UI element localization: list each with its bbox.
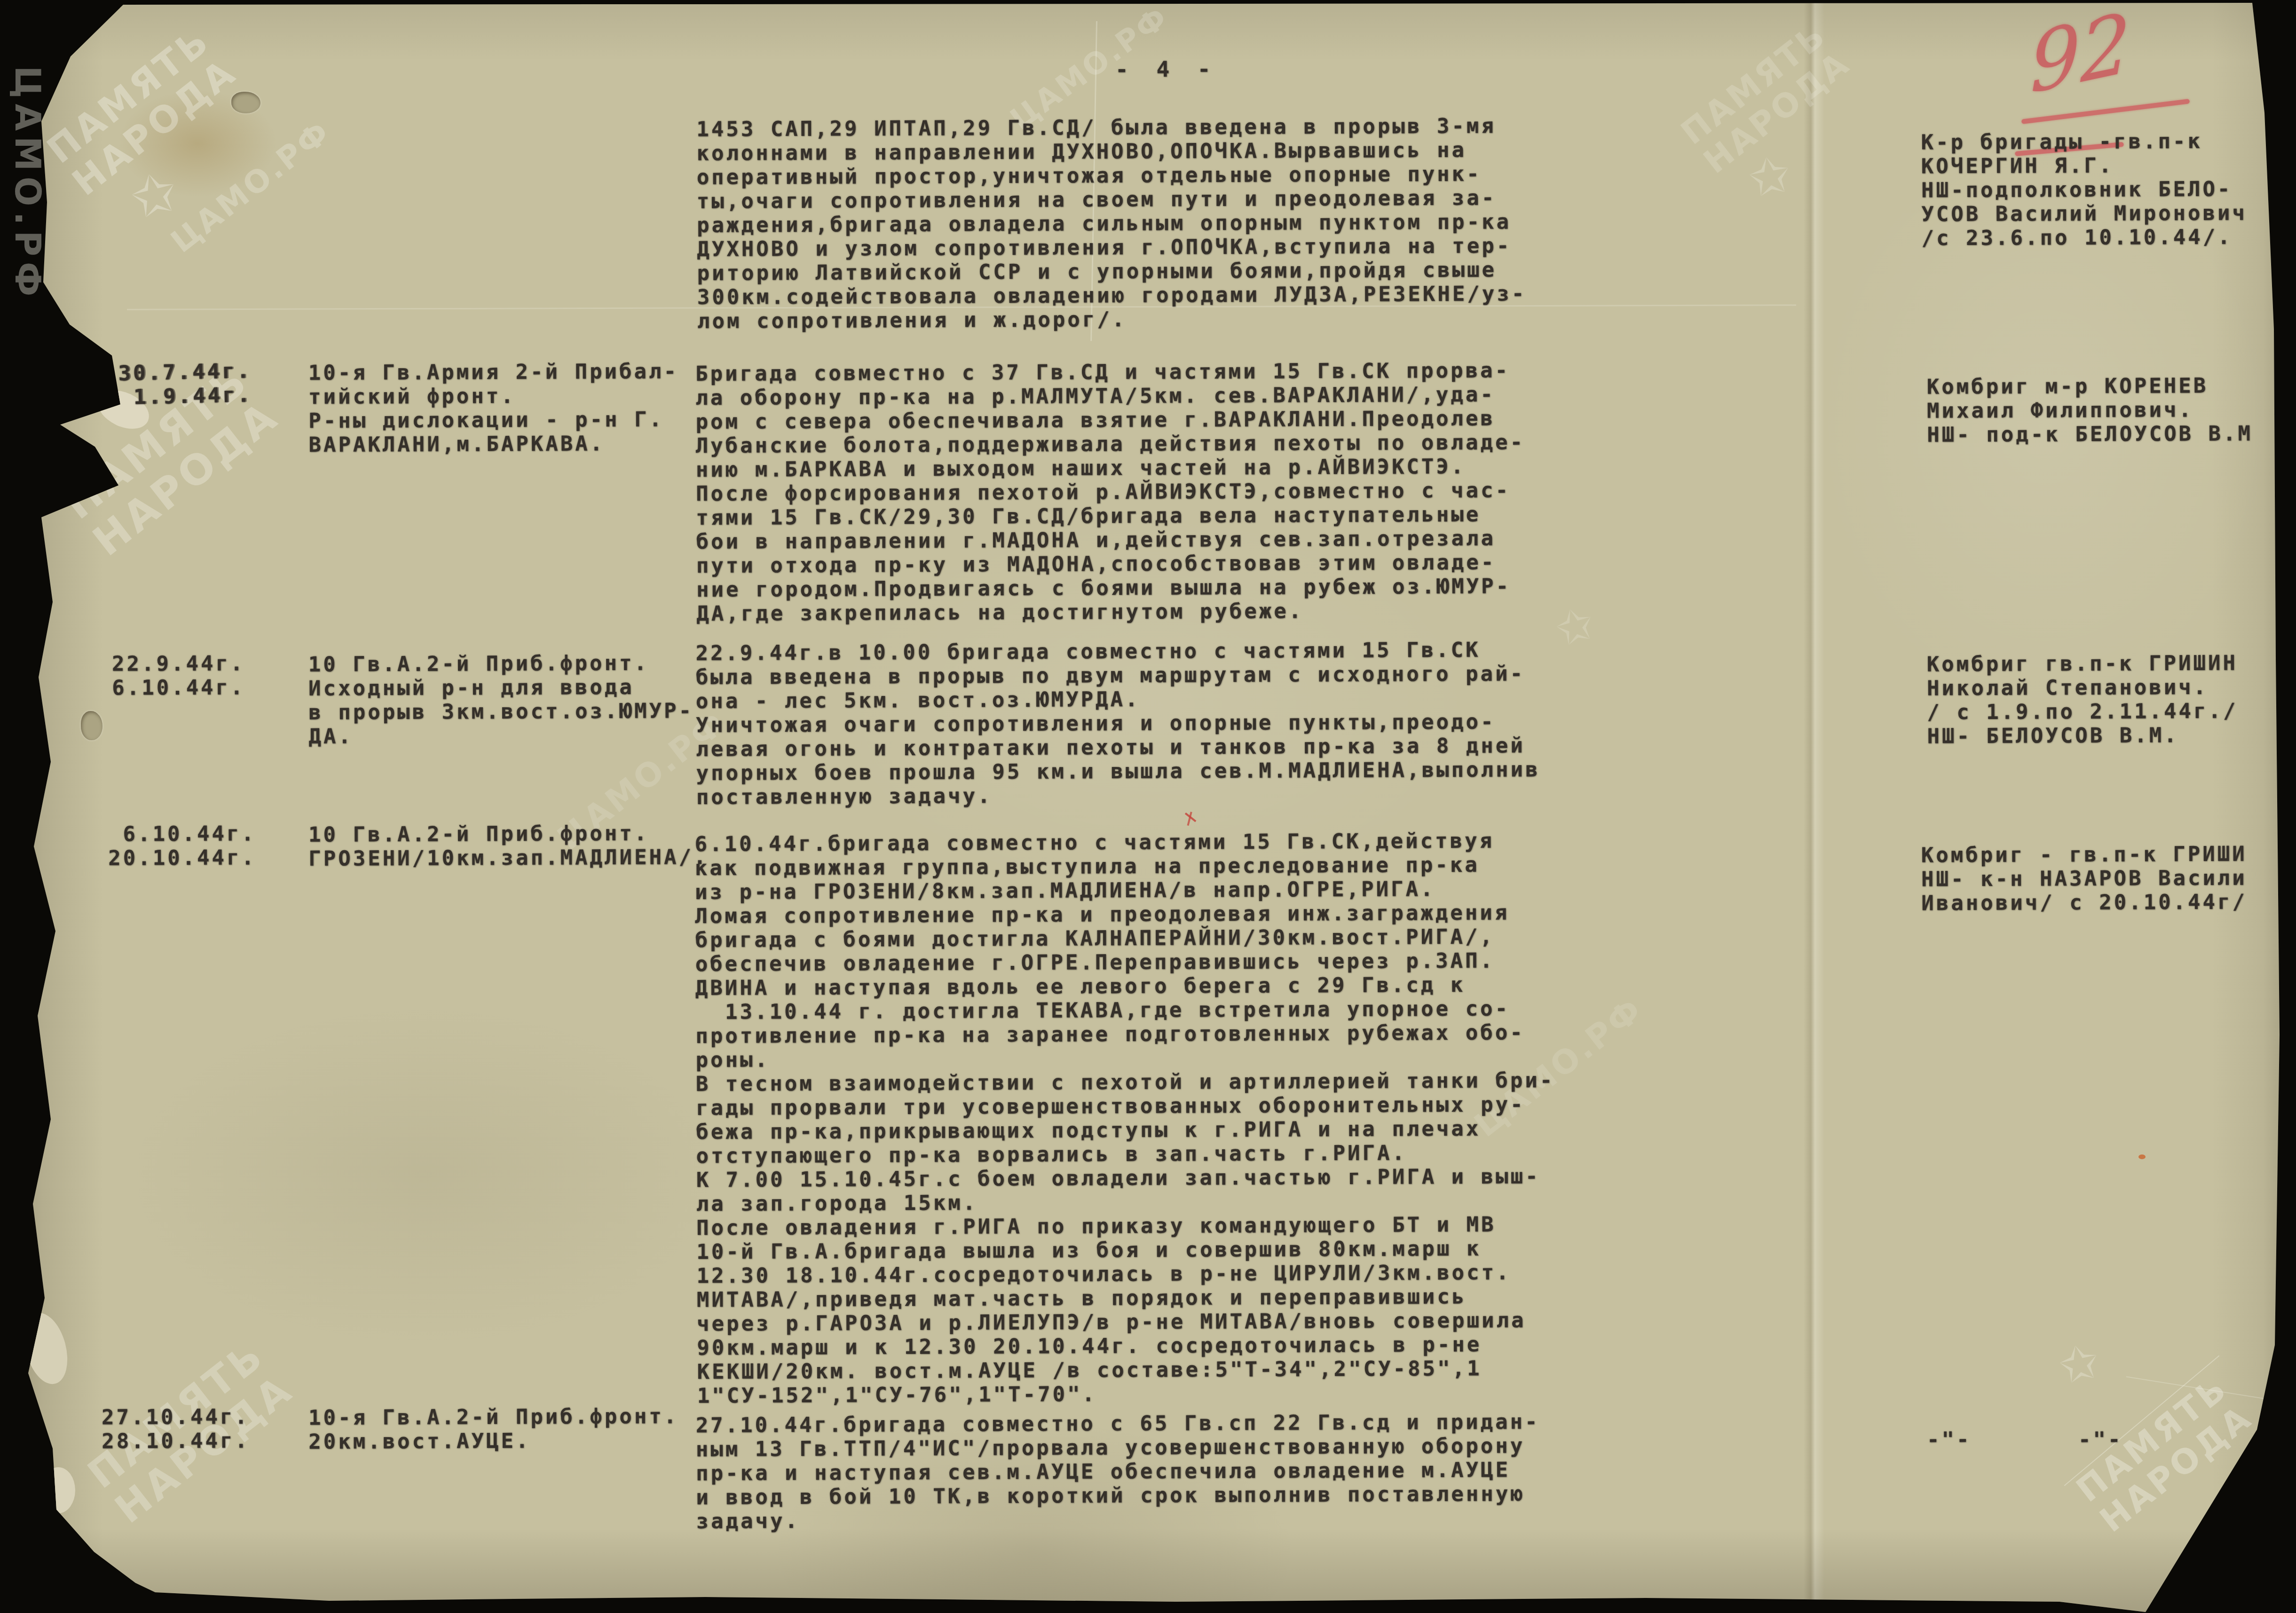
orange-speck [2138,1154,2146,1159]
paper-hole [81,711,103,740]
fold-crease-diagonal-2 [2126,1376,2266,1400]
unit-front-row-4: 10 Гв.А.2-й Приб.фронт. ГРОЗЕНИ/10км.зап… [308,821,709,871]
archival-document-scan: { "document": { "page_number": "- 4 -", … [0,0,2296,1613]
torn-edge-highlight [17,1308,74,1389]
fold-crease-diagonal [2064,1355,2220,1486]
watermark-pamyat-naroda-4: ПАМЯТЬ НАРОДА [2069,1368,2259,1539]
star-watermark-3: ✩ [1550,598,1600,656]
ditto-mark-right-row-5: -"- [2078,1428,2123,1452]
folio-number-handwritten: 92 [2030,1,2130,105]
unit-front-row-3: 10 Гв.А.2-й Приб.фронт. Исходный р-н для… [308,651,694,749]
star-watermark-2: ✩ [1744,146,1795,208]
watermark-pamyat-naroda-5: ПАМЯТЬ НАРОДА [1674,16,1857,181]
date-range-row-4: 6.10.44г. 20.10.44г. [108,822,256,870]
commanders-row-1: К-р бригады -гв.п-к КОЧЕРГИН Я.Г. НШ-под… [1921,129,2247,250]
combat-narrative-row-4: 6.10.44г.бригада совместно с частями 15 … [694,829,1556,1408]
commanders-row-2: Комбриг м-р КОРЕНЕВ Михаил Филиппович. Н… [1927,373,2253,447]
date-range-row-2: 30.7.44г. 1.9.44г. [118,359,252,410]
commanders-row-4: Комбриг - гв.п-к ГРИШИ НШ- к-н НАЗАРОВ В… [1921,842,2247,915]
date-range-row-3: 22.9.44г. 6.10.44г. [112,651,245,700]
star-watermark-4: ✩ [2054,1335,2104,1394]
commanders-row-3: Комбриг гв.п-к ГРИШИН Николай Степанович… [1927,651,2238,749]
paper-sheet: ПАМЯТЬ НАРОДА ЦАМО.РФ ЦАМО.РФ ПАМЯТЬ НАР… [0,0,2296,1613]
watermark-tsamo-vertical: ЦАМО.РФ [8,66,47,302]
page-number: - 4 - [1115,57,1218,82]
paper-hole [231,92,260,113]
unit-front-row-5: 10-я Гв.А.2-й Приб.фронт. 20км.вост.АУЦЕ… [308,1404,679,1454]
combat-narrative-row-3: 22.9.44г.в 10.00 бригада совместно с час… [695,638,1540,809]
combat-narrative-row-1: 1453 САП,29 ИПТАП,29 Гв.СД/ была введена… [696,114,1526,333]
torn-edge-highlight [41,1467,75,1513]
date-range-row-5: 27.10.44г. 28.10.44г. [102,1405,250,1453]
ditto-mark-left-row-5: -"- [1927,1428,1972,1452]
combat-narrative-row-2: Бригада совместно с 37 Гв.СД и частями 1… [695,358,1526,626]
combat-narrative-row-5: 27.10.44г.бригада совместно с 65 Гв.сп 2… [695,1410,1540,1534]
unit-front-row-2: 10-я Гв.Армия 2-й Прибал- тийский фронт.… [308,359,679,457]
